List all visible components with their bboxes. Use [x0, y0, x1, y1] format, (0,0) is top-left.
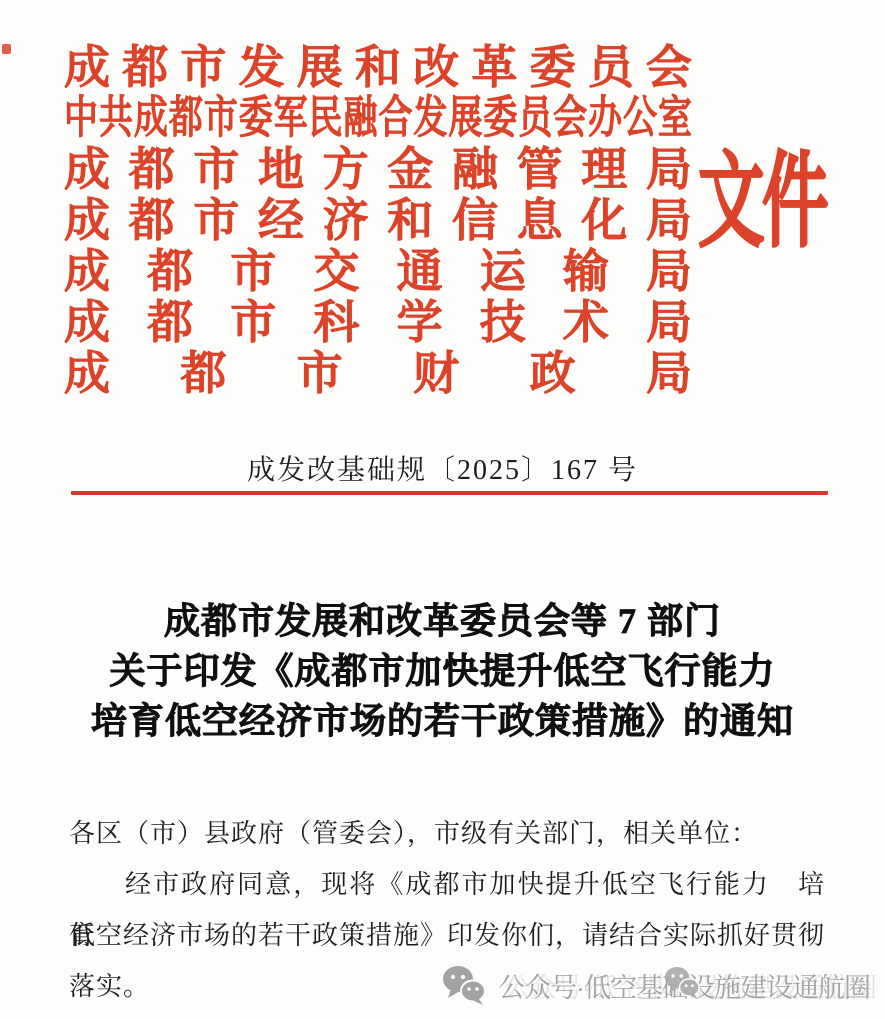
title-line: 培育低空经济市场的若干政策措施》的通知 — [0, 696, 885, 746]
letterhead: 成都市发展和改革委员会 中共成都市委军民融合发展委员会办公室 成都市地方金融管理… — [64, 42, 692, 399]
salutation-line: 各区（市）县政府（管委会），市级有关部门，相关单位： — [69, 808, 825, 859]
paragraph-line: 低空经济市场的若干政策措施》印发你们，请结合实际抓好贯彻 — [69, 910, 825, 961]
department-line: 成都市经济和信息化局 — [64, 195, 692, 246]
department-line: 中共成都市委军民融合发展委员会办公室 — [64, 85, 692, 152]
wechat-icon — [442, 965, 486, 1005]
paragraph-line: 经市政府同意，现将《成都市加快提升低空飞行能力 培育 — [69, 859, 825, 910]
department-line: 成都市交通运输局 — [64, 246, 692, 297]
document-title: 成都市发展和改革委员会等 7 部门 关于印发《成都市加快提升低空飞行能力 培育低… — [0, 596, 885, 746]
department-line: 成都市财政局 — [64, 348, 692, 399]
watermark: 公众号·低空基础设施建设通航圈 — [442, 962, 870, 1008]
document-number: 成发改基础规〔2025〕167 号 — [0, 448, 885, 488]
title-line: 关于印发《成都市加快提升低空飞行能力 — [0, 646, 885, 696]
red-separator-line — [71, 491, 828, 495]
document-page: 成都市发展和改革委员会 中共成都市委军民融合发展委员会办公室 成都市地方金融管理… — [0, 0, 885, 1019]
wechat-icon — [664, 966, 700, 999]
scan-artifact-dot — [2, 44, 11, 54]
document-type-label: 文件 — [698, 148, 826, 257]
title-line: 成都市发展和改革委员会等 7 部门 — [0, 596, 885, 646]
department-line: 成都市科学技术局 — [64, 297, 692, 348]
